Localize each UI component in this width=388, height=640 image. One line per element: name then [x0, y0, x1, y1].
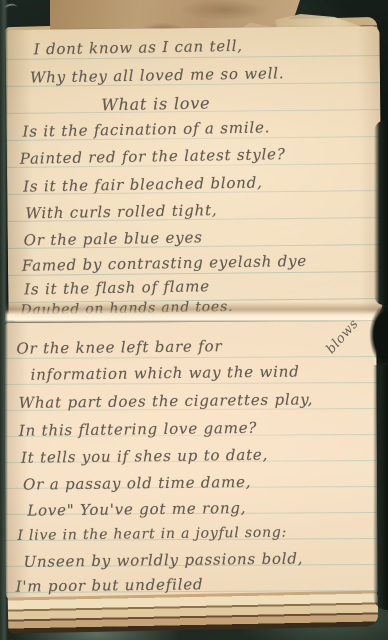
bottom-page-edges: [8, 590, 379, 633]
poem-line: Or the knee left bare for: [16, 337, 222, 358]
notebook-photo: I dont know as I can tell, Why they all …: [0, 0, 388, 640]
poem-line: I'm poor but undefiled: [16, 575, 204, 595]
cover-right-edge: [373, 365, 388, 610]
poem-margin-note: blows: [324, 317, 362, 357]
poem-line: Is it the fair bleached blond,: [23, 173, 263, 195]
poem-line: Or a passay old time dame,: [23, 473, 251, 494]
notebook-page-bottom: Or the knee left bare for information wh…: [4, 321, 377, 601]
cover-right-notch: [364, 295, 388, 375]
poem-line: With curls rolled tight,: [25, 201, 217, 222]
poem-line: I live in the heart in a joyful song:: [17, 525, 287, 544]
poem-line: Or the pale blue eyes: [24, 228, 203, 249]
poem-line: information which way the wind: [30, 362, 299, 383]
poem-line: I dont know as I can tell,: [34, 37, 243, 59]
poem-line: In this flattering love game?: [19, 419, 258, 440]
poem-line: Love" You've got me rong,: [27, 499, 246, 520]
binding-left-edge: [0, 0, 8, 640]
poem-line: Famed by contrasting eyelash dye: [22, 252, 307, 275]
cover-right-edge: [374, 120, 388, 305]
poem-line: Is it the flash of flame: [24, 277, 210, 298]
poem-line: Why they all loved me so well.: [30, 64, 285, 86]
poem-line: Unseen by worldly passions bold,: [23, 549, 303, 570]
notebook-page-top: I dont know as I can tell, Why they all …: [5, 26, 382, 322]
poem-line: It tells you if shes up to date,: [21, 446, 268, 467]
poem-line: Is it the facination of a smile.: [22, 118, 270, 140]
poem-line: Painted red for the latest style?: [20, 145, 286, 168]
poem-title: What is love: [101, 93, 210, 114]
poem-line: What part does the cigarettes play,: [19, 390, 314, 412]
